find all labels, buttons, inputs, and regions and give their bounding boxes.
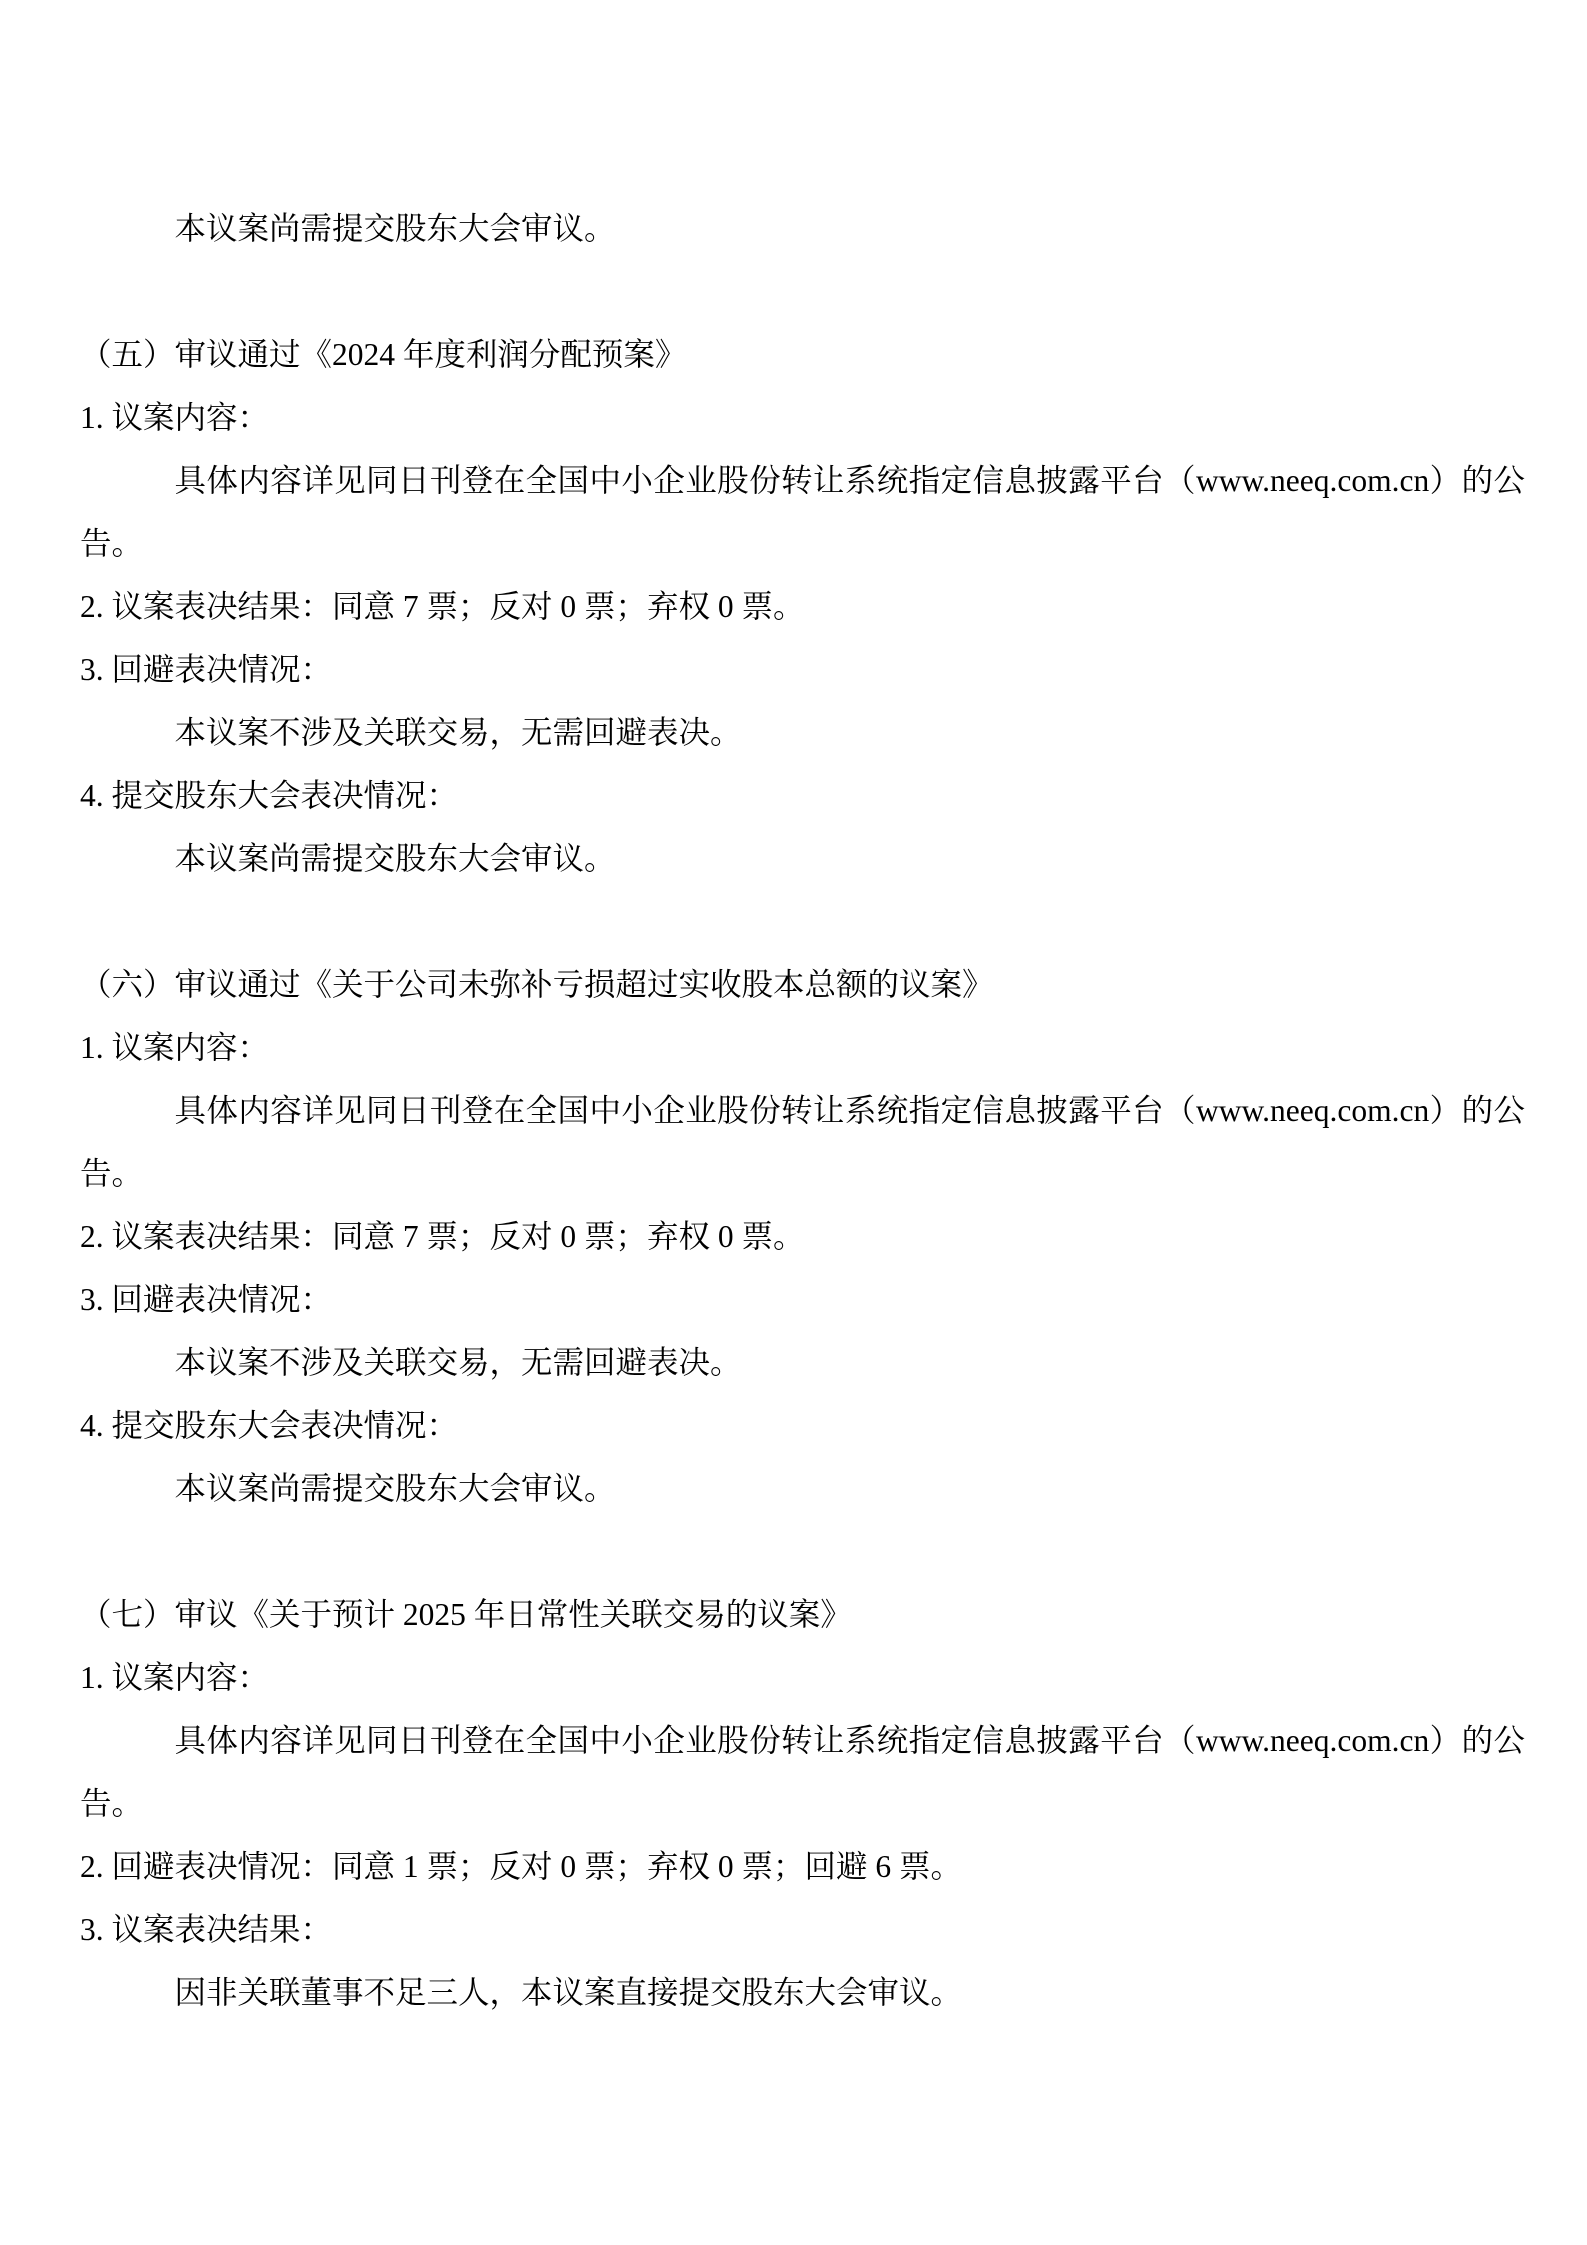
section-6-paragraph-submit-to-shareholders: 本议案尚需提交股东大会审议。 bbox=[80, 1457, 1525, 1520]
section-7-item-3-voting-result: 3. 议案表决结果： bbox=[80, 1898, 1525, 1961]
section-6-item-4-shareholder-submission: 4. 提交股东大会表决情况： bbox=[80, 1394, 1525, 1457]
section-spacer bbox=[80, 1520, 1525, 1583]
section-5-heading: （五）审议通过《2024 年度利润分配预案》 bbox=[80, 323, 1525, 386]
section-5-item-3-recusal-status: 3. 回避表决情况： bbox=[80, 638, 1525, 701]
section-proposal-7: （七）审议《关于预计 2025 年日常性关联交易的议案》 1. 议案内容： 具体… bbox=[80, 1583, 1525, 2024]
section-5-paragraph-submit-to-shareholders: 本议案尚需提交股东大会审议。 bbox=[80, 827, 1525, 890]
section-7-paragraph-disclosure-platform: 具体内容详见同日刊登在全国中小企业股份转让系统指定信息披露平台（www.neeq… bbox=[80, 1709, 1525, 1835]
section-6-item-2-voting-result: 2. 议案表决结果：同意 7 票；反对 0 票；弃权 0 票。 bbox=[80, 1205, 1525, 1268]
section-proposal-6: （六）审议通过《关于公司未弥补亏损超过实收股本总额的议案》 1. 议案内容： 具… bbox=[80, 953, 1525, 1520]
section-6-paragraph-disclosure-platform: 具体内容详见同日刊登在全国中小企业股份转让系统指定信息披露平台（www.neeq… bbox=[80, 1079, 1525, 1205]
section-5-item-4-shareholder-submission: 4. 提交股东大会表决情况： bbox=[80, 764, 1525, 827]
section-proposal-5: （五）审议通过《2024 年度利润分配预案》 1. 议案内容： 具体内容详见同日… bbox=[80, 323, 1525, 890]
section-5-paragraph-disclosure-platform: 具体内容详见同日刊登在全国中小企业股份转让系统指定信息披露平台（www.neeq… bbox=[80, 449, 1525, 575]
section-spacer bbox=[80, 260, 1525, 323]
section-7-item-2-recusal-voting-result: 2. 回避表决情况：同意 1 票；反对 0 票；弃权 0 票；回避 6 票。 bbox=[80, 1835, 1525, 1898]
section-5-item-2-voting-result: 2. 议案表决结果：同意 7 票；反对 0 票；弃权 0 票。 bbox=[80, 575, 1525, 638]
section-6-item-1-proposal-content: 1. 议案内容： bbox=[80, 1016, 1525, 1079]
section-spacer bbox=[80, 890, 1525, 953]
section-7-paragraph-direct-submission: 因非关联董事不足三人，本议案直接提交股东大会审议。 bbox=[80, 1961, 1525, 2024]
section-6-paragraph-no-related-transaction: 本议案不涉及关联交易，无需回避表决。 bbox=[80, 1331, 1525, 1394]
paragraph-submit-to-shareholders: 本议案尚需提交股东大会审议。 bbox=[80, 197, 1525, 260]
section-7-item-1-proposal-content: 1. 议案内容： bbox=[80, 1646, 1525, 1709]
section-7-heading: （七）审议《关于预计 2025 年日常性关联交易的议案》 bbox=[80, 1583, 1525, 1646]
section-5-paragraph-no-related-transaction: 本议案不涉及关联交易，无需回避表决。 bbox=[80, 701, 1525, 764]
section-5-item-1-proposal-content: 1. 议案内容： bbox=[80, 386, 1525, 449]
section-6-heading: （六）审议通过《关于公司未弥补亏损超过实收股本总额的议案》 bbox=[80, 953, 1525, 1016]
section-6-item-3-recusal-status: 3. 回避表决情况： bbox=[80, 1268, 1525, 1331]
document-page: 本议案尚需提交股东大会审议。 （五）审议通过《2024 年度利润分配预案》 1.… bbox=[0, 0, 1587, 2245]
